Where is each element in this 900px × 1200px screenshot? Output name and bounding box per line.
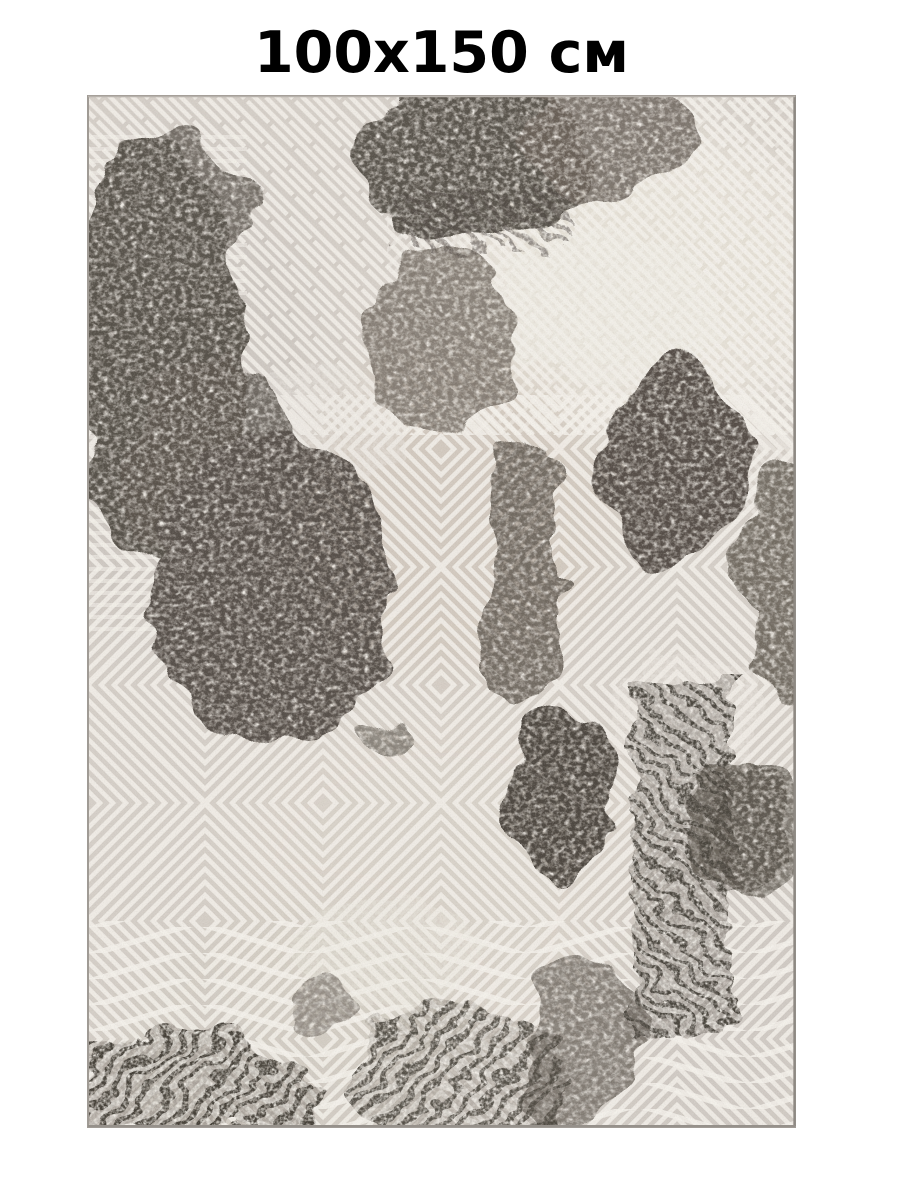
rug-photo bbox=[87, 95, 796, 1128]
size-caption: 100x150 см bbox=[87, 24, 796, 84]
rug-photo-image bbox=[87, 95, 796, 1128]
